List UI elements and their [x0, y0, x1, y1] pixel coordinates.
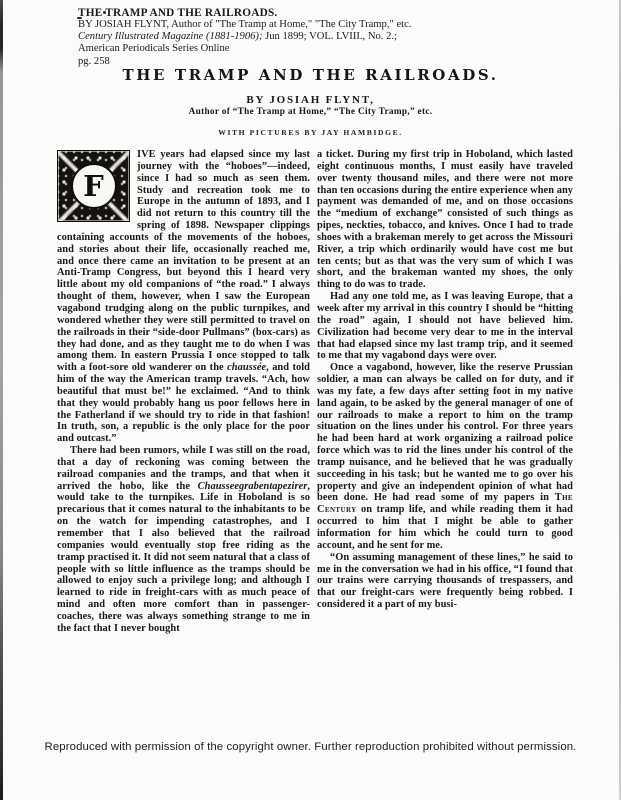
citation-title: THE TRAMP AND THE RAILROADS. [78, 7, 548, 19]
paragraph: Had any one told me, as I was leaving Eu… [317, 291, 573, 362]
text-segment: , and told him of the way the American t… [57, 362, 310, 444]
paragraph: Once a vagabond, however, like the reser… [317, 362, 573, 552]
paragraph: “On assuming management of these lines,”… [317, 552, 573, 611]
text-segment: , would take to the turnpikes. Life in H… [57, 481, 310, 634]
text-segment: a ticket. During my first trip in Hobola… [317, 149, 573, 290]
text-segment: chaussée [227, 362, 266, 373]
header-citation: THE TRAMP AND THE RAILROADS. BY JOSIAH F… [78, 7, 548, 68]
left-column: FIVE years had elapsed since my last jou… [57, 149, 310, 737]
scan-edge-artifact-left [0, 0, 3, 800]
text-segment: Chausseegrabentapezirer [198, 481, 308, 492]
footer-note: Reproduced with permission of the copyri… [0, 741, 621, 753]
paragraph: a ticket. During my first trip in Hobola… [317, 149, 573, 291]
text-segment: “On assuming management of these lines,”… [317, 552, 573, 610]
paragraph: FIVE years had elapsed since my last jou… [57, 149, 310, 445]
page: THE TRAMP AND THE RAILROADS. BY JOSIAH F… [0, 0, 621, 800]
citation-source: Century Illustrated Magazine (1881-1906)… [78, 32, 548, 43]
paragraph: There had been rumors, while I was still… [57, 445, 310, 635]
ornamental-drop-cap: F [57, 150, 130, 222]
article-title: THE TRAMP AND THE RAILROADS. [0, 66, 621, 84]
citation-source-name: Century Illustrated Magazine (1881-1906)… [78, 31, 262, 42]
citation-source-issue: Jun 1899; VOL. LVIII., No. 2.; [262, 31, 396, 42]
right-column: a ticket. During my first trip in Hobola… [317, 149, 573, 737]
article-byline: BY JOSIAH FLYNT, [0, 94, 621, 106]
citation-byline: BY JOSIAH FLYNT, Author of "The Tramp at… [78, 20, 548, 31]
citation-database: American Periodicals Series Online [78, 44, 548, 55]
drop-cap-letter: F [71, 163, 117, 209]
article-author-credit: Author of “The Tramp at Home,” “The City… [0, 107, 621, 117]
article-pictures-credit: WITH PICTURES BY JAY HAMBIDGE. [0, 128, 621, 137]
text-segment: Had any one told me, as I was leaving Eu… [317, 291, 573, 361]
text-segment: Once a vagabond, however, like the reser… [317, 362, 573, 503]
